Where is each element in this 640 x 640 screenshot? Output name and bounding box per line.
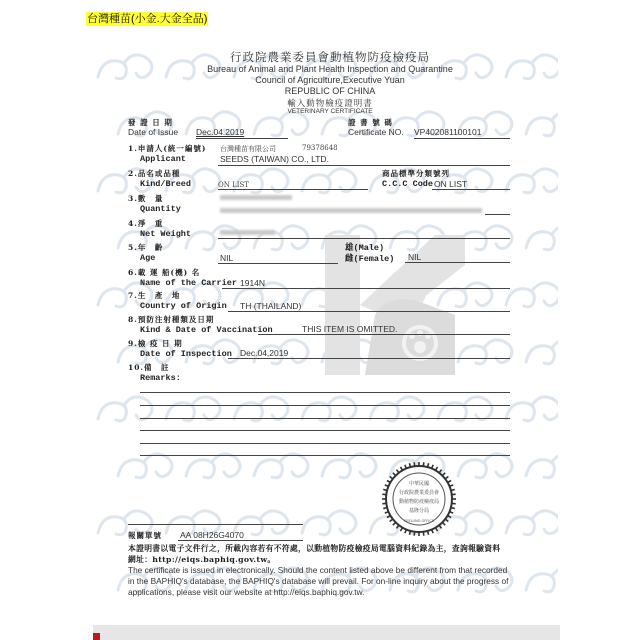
remarks-line <box>140 405 510 406</box>
carrier-label: Name of the Carrier <box>140 278 237 288</box>
agency-title-zh: 行政院農業委員會動植物防疫檢疫局 <box>120 49 540 65</box>
origin-value: TH (THAILAND) <box>240 301 301 311</box>
remarks-line <box>140 418 510 419</box>
carrier-label-zh: 6.載 運 船(機) 名 <box>128 267 200 278</box>
female-label: 雌(Female) <box>345 252 394 264</box>
quantity-value-redacted <box>220 195 292 200</box>
quantity-detail-redacted <box>220 208 482 213</box>
inspection-date-value: Dec.04,2019 <box>240 348 288 358</box>
ccc-code-label: C.C.C Code <box>382 179 433 189</box>
seal-line: 動植物防疫檢疫局 <box>399 498 439 505</box>
ccc-code-label-zh: 商品標準分類號列 <box>382 168 450 179</box>
applicant-label-zh: 1.申請人(統一編號) <box>128 143 206 154</box>
seal-line: 行政院農業委員會 <box>399 489 439 496</box>
footer-url-zh: 網址：http://eiqs.baphiq.gov.tw。 <box>128 554 275 565</box>
remarks-line <box>140 455 510 456</box>
applicant-name: SEEDS (TAIWAN) CO., LTD. <box>220 154 329 164</box>
kind-label-zh: 2.品名或品種 <box>128 168 180 179</box>
issue-date-value: Dec.04.2019 <box>196 127 244 137</box>
sex-value: NIL <box>408 252 421 262</box>
seal-ring-text: KEELUNG OFFICE <box>404 519 434 523</box>
net-weight-label: Net Weight <box>140 229 191 239</box>
agency-title-en: Bureau of Animal and Plant Health Inspec… <box>120 64 540 74</box>
declaration-value: AA 08H26G4070 <box>180 530 244 540</box>
ccc-code-value: ON LIST <box>434 179 467 189</box>
origin-label: Country of Origin <box>140 301 227 311</box>
net-weight-label-zh: 4.淨 重 <box>128 218 163 229</box>
official-seal: 中華民國 行政院農業委員會 動植物防疫檢疫局 基隆分局 KEELUNG OFFI… <box>381 461 457 537</box>
vaccination-label-zh: 8.預防注射種類及日期 <box>128 314 214 325</box>
footer-notice-zh: 本證明書以電子文件行之，所載內容若有不符處，以動植物防疫檢疫局電腦資料紀錄為主，… <box>128 543 500 554</box>
age-value: NIL <box>220 253 233 263</box>
certificate-no-value: VP402081100101 <box>414 127 481 137</box>
quantity-label: Quantity <box>140 204 181 214</box>
remarks-line <box>140 430 510 431</box>
carrier-value: 1914N <box>240 278 265 288</box>
applicant-label: Applicant <box>140 154 186 164</box>
origin-label-zh: 7.生 產 地 <box>128 290 180 301</box>
pdf-icon <box>93 633 100 640</box>
document-title-en: VETERINARY CERTIFICATE <box>120 108 540 115</box>
quantity-label-zh: 3.數 量 <box>128 193 163 204</box>
kind-label: Kind/Breed <box>140 179 191 189</box>
issue-date-label: Date of Issue <box>128 127 178 137</box>
remarks-label-zh: 10.備 註 <box>128 362 170 373</box>
declaration-label: 報關單號 <box>128 530 162 541</box>
seal-line: 基隆分局 <box>409 507 429 514</box>
veterinary-certificate: 行政院農業委員會動植物防疫檢疫局 Bureau of Animal and Pl… <box>0 0 640 640</box>
inspection-date-label: Date of Inspection <box>140 349 232 359</box>
vaccination-label: Kind & Date of Vaccination <box>140 325 273 335</box>
applicant-name-zh: 台灣種苗有限公司 <box>220 144 276 154</box>
inspection-date-label-zh: 9.檢 疫 日 期 <box>128 338 183 349</box>
net-weight-value-redacted <box>220 230 275 235</box>
remarks-line <box>140 443 510 444</box>
seal-line: 中華民國 <box>409 480 429 487</box>
vaccination-value: THIS ITEM IS OMITTED. <box>302 324 397 334</box>
country-title: REPUBLIC OF CHINA <box>120 86 540 96</box>
footer-notice-en-3: applications, please visit our website a… <box>128 587 364 597</box>
kind-value: ON LIST <box>218 181 249 189</box>
age-label: Age <box>140 253 155 263</box>
remarks-line <box>140 392 510 393</box>
applicant-tax-id: 79378648 <box>302 144 338 152</box>
footer-notice-en-1: The certificate is issued in electronica… <box>128 565 507 575</box>
next-page-edge <box>93 625 560 640</box>
age-label-zh: 5.年 齡 <box>128 242 163 253</box>
footer-notice-en-2: in the BAPHIQ's database, the BAPHIQ's d… <box>128 576 508 586</box>
certificate-no-label: Certificate NO. <box>348 127 404 137</box>
council-title: Council of Agriculture,Executive Yuan <box>120 75 540 85</box>
remarks-label: Remarks: <box>140 373 181 383</box>
